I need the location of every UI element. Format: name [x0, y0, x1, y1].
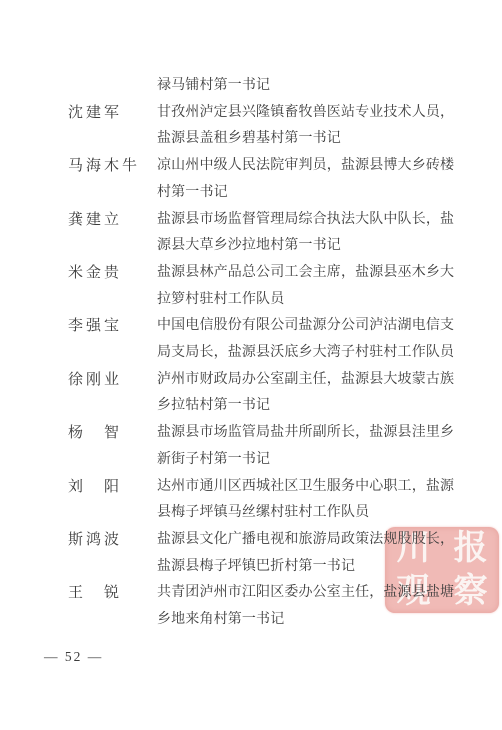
person-title-description: 甘孜州泸定县兴隆镇畜牧兽医站专业技术人员，盐源县盖租乡碧基村第一书记 — [157, 100, 472, 153]
list-entry-row: 斯鸿波盐源县文化广播电视和旅游局政策法规股股长，盐源县梅子坪镇巴折村第一书记 — [68, 527, 472, 580]
list-entry-row: 李强宝中国电信股份有限公司盐源分公司泸沽湖电信支局支局长，盐源县沃底乡大湾子村驻… — [68, 313, 472, 366]
description-line: 新街子村第一书记 — [157, 447, 472, 474]
description-line: 拉箩村驻村工作队员 — [157, 287, 472, 314]
description-line: 盐源县文化广播电视和旅游局政策法规股股长， — [157, 527, 472, 554]
description-line: 盐源县林产品总公司工会主席，盐源县巫木乡大 — [157, 260, 472, 287]
person-name: 李强宝 — [68, 313, 157, 340]
description-line: 乡拉牯村第一书记 — [157, 393, 472, 420]
person-name: 沈建军 — [68, 100, 157, 127]
list-entry-row: 米金贵盐源县林产品总公司工会主席，盐源县巫木乡大拉箩村驻村工作队员 — [68, 260, 472, 313]
person-name: 徐刚业 — [68, 367, 157, 394]
description-line: 禄马铺村第一书记 — [157, 73, 472, 100]
description-line: 局支局长，盐源县沃底乡大湾子村驻村工作队员 — [157, 340, 472, 367]
person-title-description: 共青团泸州市江阳区委办公室主任，盐源县盐塘乡地来角村第一书记 — [157, 580, 472, 633]
list-entry-row: 龚建立盐源县市场监督管理局综合执法大队中队长，盐源县大草乡沙拉地村第一书记 — [68, 207, 472, 260]
description-line: 盐源县盖租乡碧基村第一书记 — [157, 126, 472, 153]
person-name: 杨 智 — [68, 420, 157, 447]
person-name: 米金贵 — [68, 260, 157, 287]
description-line: 泸州市财政局办公室副主任，盐源县大坡蒙古族 — [157, 367, 472, 394]
person-name: 龚建立 — [68, 207, 157, 234]
list-entry-row: 沈建军甘孜州泸定县兴隆镇畜牧兽医站专业技术人员，盐源县盖租乡碧基村第一书记 — [68, 100, 472, 153]
description-line: 盐源县市场监督管理局综合执法大队中队长，盐 — [157, 207, 472, 234]
description-line: 甘孜州泸定县兴隆镇畜牧兽医站专业技术人员， — [157, 100, 472, 127]
description-line: 盐源县梅子坪镇巴折村第一书记 — [157, 554, 472, 581]
person-title-description: 凉山州中级人民法院审判员，盐源县博大乡砖楼村第一书记 — [157, 153, 472, 206]
list-entry-row: 杨 智盐源县市场监管局盐井所副所长，盐源县洼里乡新街子村第一书记 — [68, 420, 472, 473]
description-line: 盐源县市场监管局盐井所副所长，盐源县洼里乡 — [157, 420, 472, 447]
description-line: 共青团泸州市江阳区委办公室主任，盐源县盐塘 — [157, 580, 472, 607]
person-title-description: 达州市通川区西城社区卫生服务中心职工，盐源县梅子坪镇马丝缧村驻村工作队员 — [157, 474, 472, 527]
description-line: 中国电信股份有限公司盐源分公司泸沽湖电信支 — [157, 313, 472, 340]
person-name: 马海木牛 — [68, 153, 157, 180]
description-line: 达州市通川区西城社区卫生服务中心职工，盐源 — [157, 474, 472, 501]
description-line: 村第一书记 — [157, 180, 472, 207]
person-title-description: 盐源县林产品总公司工会主席，盐源县巫木乡大拉箩村驻村工作队员 — [157, 260, 472, 313]
appointments-list: 禄马铺村第一书记沈建军甘孜州泸定县兴隆镇畜牧兽医站专业技术人员，盐源县盖租乡碧基… — [68, 73, 472, 634]
list-entry-row: 马海木牛凉山州中级人民法院审判员，盐源县博大乡砖楼村第一书记 — [68, 153, 472, 206]
list-entry-row: 王 锐共青团泸州市江阳区委办公室主任，盐源县盐塘乡地来角村第一书记 — [68, 580, 472, 633]
person-title-description: 盐源县市场监督管理局综合执法大队中队长，盐源县大草乡沙拉地村第一书记 — [157, 207, 472, 260]
description-line: 凉山州中级人民法院审判员，盐源县博大乡砖楼 — [157, 153, 472, 180]
person-title-description: 中国电信股份有限公司盐源分公司泸沽湖电信支局支局长，盐源县沃底乡大湾子村驻村工作… — [157, 313, 472, 366]
person-title-description: 泸州市财政局办公室副主任，盐源县大坡蒙古族乡拉牯村第一书记 — [157, 367, 472, 420]
description-line: 乡地来角村第一书记 — [157, 607, 472, 634]
person-title-description: 盐源县文化广播电视和旅游局政策法规股股长，盐源县梅子坪镇巴折村第一书记 — [157, 527, 472, 580]
person-title-description: 禄马铺村第一书记 — [157, 73, 472, 100]
person-name: 王 锐 — [68, 580, 157, 607]
person-name: 刘 阳 — [68, 474, 157, 501]
page-number: — 52 — — [44, 649, 103, 665]
person-name: 斯鸿波 — [68, 527, 157, 554]
description-line: 源县大草乡沙拉地村第一书记 — [157, 233, 472, 260]
list-entry-row: 徐刚业泸州市财政局办公室副主任，盐源县大坡蒙古族乡拉牯村第一书记 — [68, 367, 472, 420]
description-line: 县梅子坪镇马丝缧村驻村工作队员 — [157, 500, 472, 527]
document-page: 川报观察 禄马铺村第一书记沈建军甘孜州泸定县兴隆镇畜牧兽医站专业技术人员，盐源县… — [0, 0, 502, 730]
person-title-description: 盐源县市场监管局盐井所副所长，盐源县洼里乡新街子村第一书记 — [157, 420, 472, 473]
list-entry-row: 刘 阳达州市通川区西城社区卫生服务中心职工，盐源县梅子坪镇马丝缧村驻村工作队员 — [68, 474, 472, 527]
list-entry-row: 禄马铺村第一书记 — [68, 73, 472, 100]
